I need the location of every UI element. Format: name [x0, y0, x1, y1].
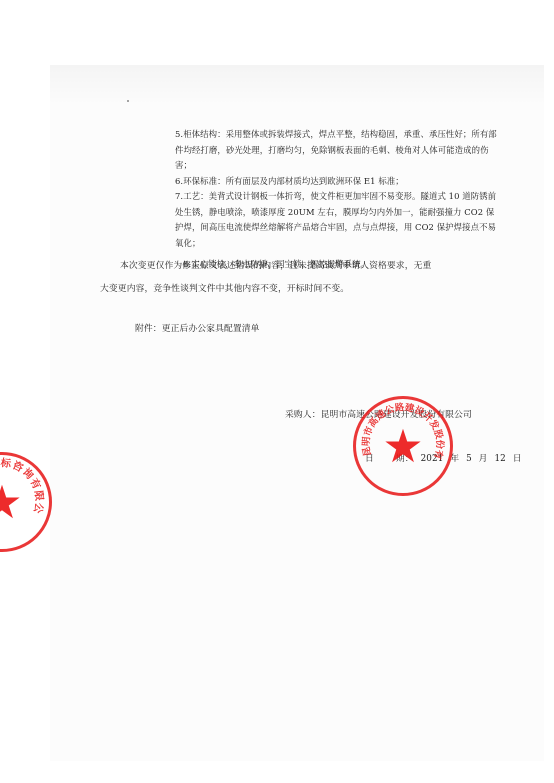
- item-7: 7.工艺：美背式设计钢板一体折弯，使文件柜更加牢固不易变形。隧道式 10 道防锈…: [175, 189, 500, 251]
- star-icon: ★: [382, 423, 423, 469]
- attachment-line: 附件：更正后办公家具配置清单: [135, 322, 260, 338]
- scan-speck: [127, 100, 129, 102]
- change-notice: 本次变更仅作为修正原文表述错误的内容，且未提高谈判申请人资格要求，无重 大变更内…: [100, 255, 515, 301]
- buyer-label: 采购人：: [285, 410, 321, 420]
- buyer-seal-stamp: 昆明市高速公路建设开发股份有限公司 ★: [353, 396, 453, 496]
- item-5: 5.柜体结构：采用整体或拆装焊接式，焊点平整，结构稳固，承重、承压性好；所有部件…: [175, 127, 500, 174]
- agency-seal-stamp: 招标咨询有限公司 ★: [0, 452, 52, 552]
- notice-line-2: 大变更内容，竞争性谈判文件中其他内容不变，开标时间不变。: [100, 278, 515, 301]
- star-icon: ★: [0, 479, 23, 525]
- item-6: 6.环保标准：所有面层及内部材质均达到欧洲环保 E1 标准；: [175, 174, 500, 190]
- notice-line-1: 本次变更仅作为修正原文表述错误的内容，且未提高谈判申请人资格要求，无重: [100, 255, 515, 278]
- page-top-shadow: [50, 65, 544, 105]
- spec-items: 5.柜体结构：采用整体或拆装焊接式，焊点平整，结构稳固，承重、承压性好；所有部件…: [175, 127, 500, 273]
